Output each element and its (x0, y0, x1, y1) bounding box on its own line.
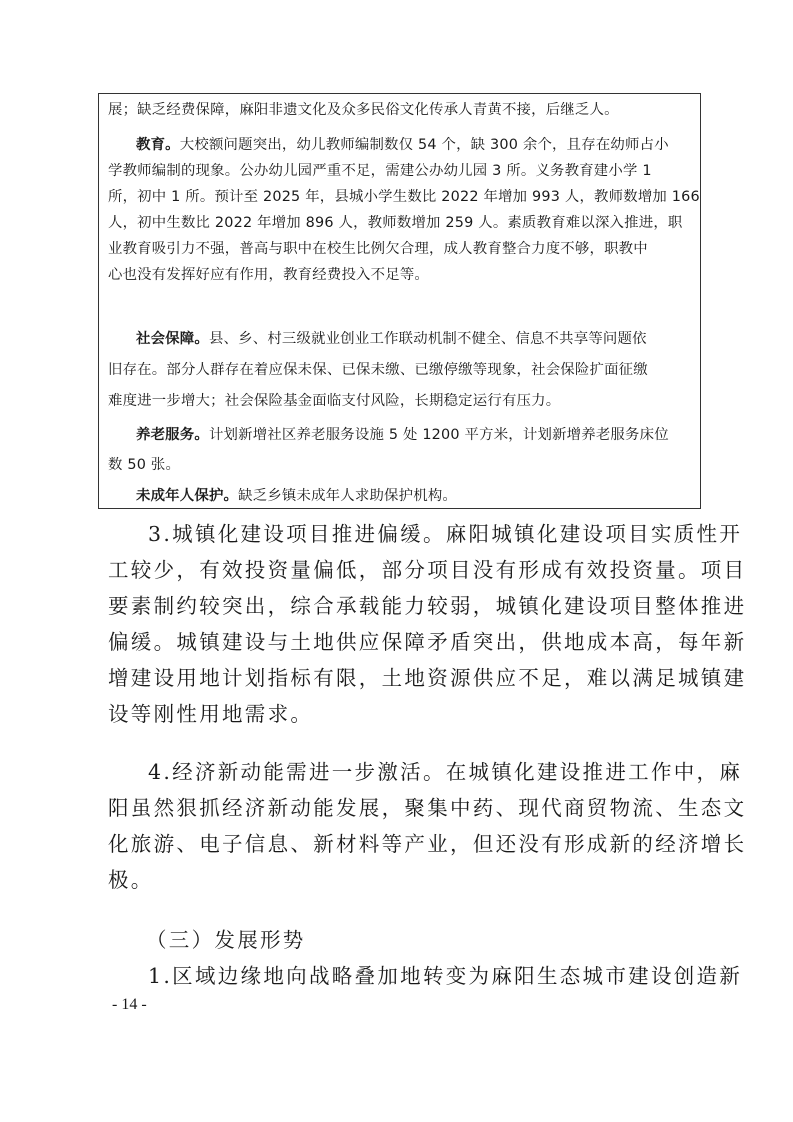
body-line: 3.城镇化建设项目推进偏缓。麻阳城镇化建设项目实质性开 (148, 520, 742, 548)
education-label: 教育。 (136, 137, 180, 153)
box-line: 旧存在。部分人群存在着应保未保、已保未缴、已缴停缴等现象，社会保险扩面征缴 (108, 360, 648, 380)
education-paragraph: 教育。大校额问题突出，幼儿教师编制数仅 54 个，缺 300 余个，且存在幼师占… (136, 135, 669, 155)
body-line: 工较少，有效投资量偏低，部分项目没有形成有效投资量。项目 (108, 556, 746, 584)
page-number: - 14 - (112, 996, 147, 1014)
body-line: 阳虽然狠抓经济新动能发展，聚集中药、现代商贸物流、生态文 (108, 794, 746, 822)
box-line: 学教师编制的现象。公办幼儿园严重不足，需建公办幼儿园 3 所。义务教育建小学 1 (108, 161, 652, 181)
body-line: 偏缓。城镇建设与土地供应保障矛盾突出，供地成本高，每年新 (108, 628, 746, 656)
elderly-care-label: 养老服务。 (136, 427, 209, 443)
box-line: 人，初中生数比 2022 年增加 896 人，教师数增加 259 人。素质教育难… (108, 213, 683, 233)
elderly-care-paragraph: 养老服务。计划新增社区养老服务设施 5 处 1200 平方米，计划新增养老服务床… (136, 425, 669, 445)
box-line: 难度进一步增大；社会保险基金面临支付风险，长期稳定运行有压力。 (108, 391, 560, 411)
box-line: 心也没有发挥好应有作用，教育经费投入不足等。 (108, 265, 429, 285)
box-line: 数 50 张。 (108, 455, 180, 475)
box-line: 业教育吸引力不强，普高与职中在校生比例欠合理，成人教育整合力度不够，职教中 (108, 239, 648, 259)
minor-protection-label: 未成年人保护。 (136, 488, 238, 504)
social-security-paragraph: 社会保障。县、乡、村三级就业创业工作联动机制不健全、信息不共享等问题依 (136, 329, 647, 349)
body-line: 增建设用地计划指标有限，土地资源供应不足，难以满足城镇建 (108, 664, 746, 692)
body-line: 化旅游、电子信息、新材料等产业，但还没有形成新的经济增长 (108, 830, 746, 858)
body-line: 设等刚性用地需求。 (108, 700, 313, 728)
body-line: 4.经济新动能需进一步激活。在城镇化建设推进工作中，麻 (148, 758, 742, 786)
social-security-label: 社会保障。 (136, 331, 209, 347)
body-line: 要素制约较突出，综合承载能力较弱，城镇化建设项目整体推进 (108, 592, 746, 620)
box-line: 展；缺乏经费保障，麻阳非遗文化及众多民俗文化传承人青黄不接，后继乏人。 (108, 100, 619, 120)
section-heading: （三）发展形势 (146, 926, 306, 954)
info-box (98, 93, 701, 509)
minor-protection-paragraph: 未成年人保护。缺乏乡镇未成年人求助保护机构。 (136, 486, 457, 506)
body-line: 1.区域边缘地向战略叠加地转变为麻阳生态城市建设创造新 (148, 962, 742, 990)
box-line: 所，初中 1 所。预计至 2025 年，县城小学生数比 2022 年增加 993… (108, 187, 700, 207)
body-line: 极。 (108, 866, 154, 894)
